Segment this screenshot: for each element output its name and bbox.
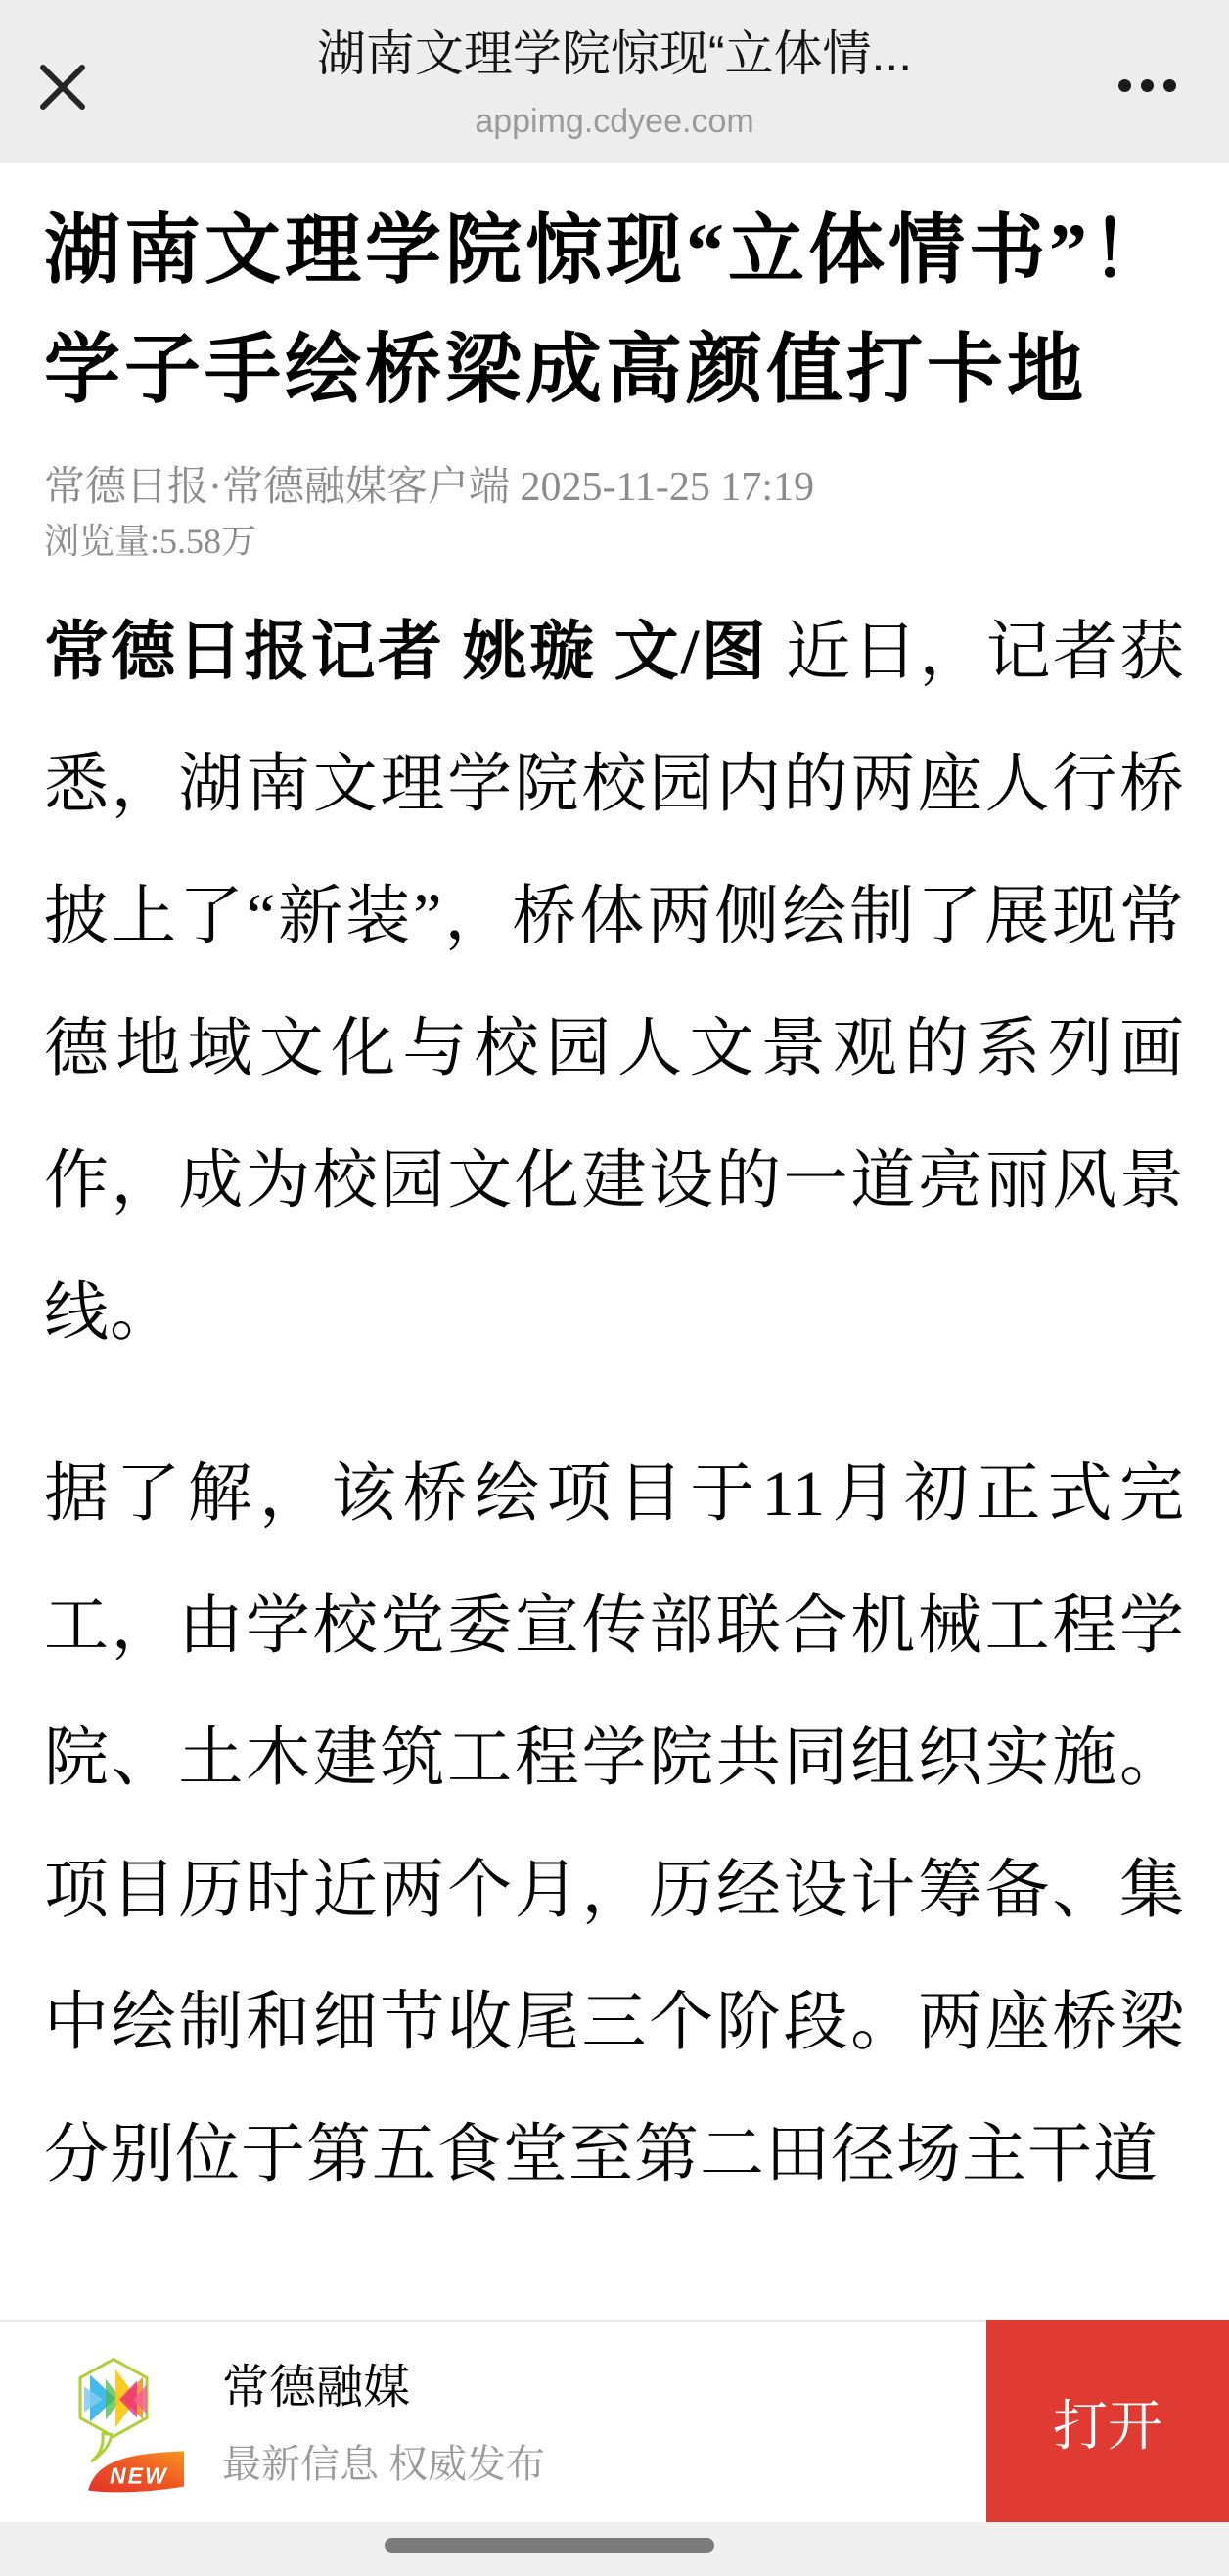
screen: 湖南文理学院惊现“立体情... appimg.cdyee.com 湖南文理学院惊… <box>0 0 1229 2576</box>
paragraph-text: 近日，记者获悉，湖南文理学院校园内的两座人行桥披上了“新装”，桥体两侧绘制了展现… <box>44 617 1185 1349</box>
article-source: 常德日报·常德融媒客户端 <box>44 465 510 510</box>
open-button[interactable]: 打开 <box>986 2320 1229 2524</box>
article-body: 常德日报记者 姚璇 文/图 近日，记者获悉，湖南文理学院校园内的两座人行桥披上了… <box>44 586 1185 2221</box>
article-paragraph: 常德日报记者 姚璇 文/图 近日，记者获悉，湖南文理学院校园内的两座人行桥披上了… <box>44 586 1185 1379</box>
bottom-bar <box>0 2522 1229 2576</box>
app-name: 常德融媒 <box>222 2361 545 2415</box>
app-banner[interactable]: NEW 常德融媒 最新信息 权威发布 打开 <box>0 2320 1229 2522</box>
article-views: 浏览量:5.58万 <box>44 516 1185 567</box>
article: 湖南文理学院惊现“立体情书”！学子手绘桥梁成高颜值打卡地 常德日报·常德融媒客户… <box>44 163 1185 2270</box>
app-tagline: 最新信息 权威发布 <box>222 2441 545 2488</box>
app-banner-text: 常德融媒 最新信息 权威发布 <box>222 2361 545 2488</box>
page-title: 湖南文理学院惊现“立体情... <box>147 23 1082 84</box>
home-indicator[interactable] <box>385 2538 714 2553</box>
more-menu-icon[interactable] <box>1118 79 1176 92</box>
new-badge: NEW <box>110 2463 168 2489</box>
article-byline: 常德日报·常德融媒客户端 2025-11-25 17:19 <box>44 459 1185 516</box>
article-title: 湖南文理学院惊现“立体情书”！学子手绘桥梁成高颜值打卡地 <box>44 191 1185 430</box>
page-url: appimg.cdyee.com <box>0 102 1229 141</box>
browser-topbar: 湖南文理学院惊现“立体情... appimg.cdyee.com <box>0 0 1229 163</box>
reporter-credit: 常德日报记者 姚璇 文/图 <box>44 617 768 688</box>
app-logo-icon: NEW <box>76 2354 188 2496</box>
article-date: 2025-11-25 17:19 <box>521 465 815 510</box>
article-meta: 常德日报·常德融媒客户端 2025-11-25 17:19 浏览量:5.58万 <box>44 459 1185 567</box>
article-paragraph: 据了解，该桥绘项目于11月初正式完工，由学校党委宣传部联合机械工程学院、土木建筑… <box>44 1428 1185 2221</box>
